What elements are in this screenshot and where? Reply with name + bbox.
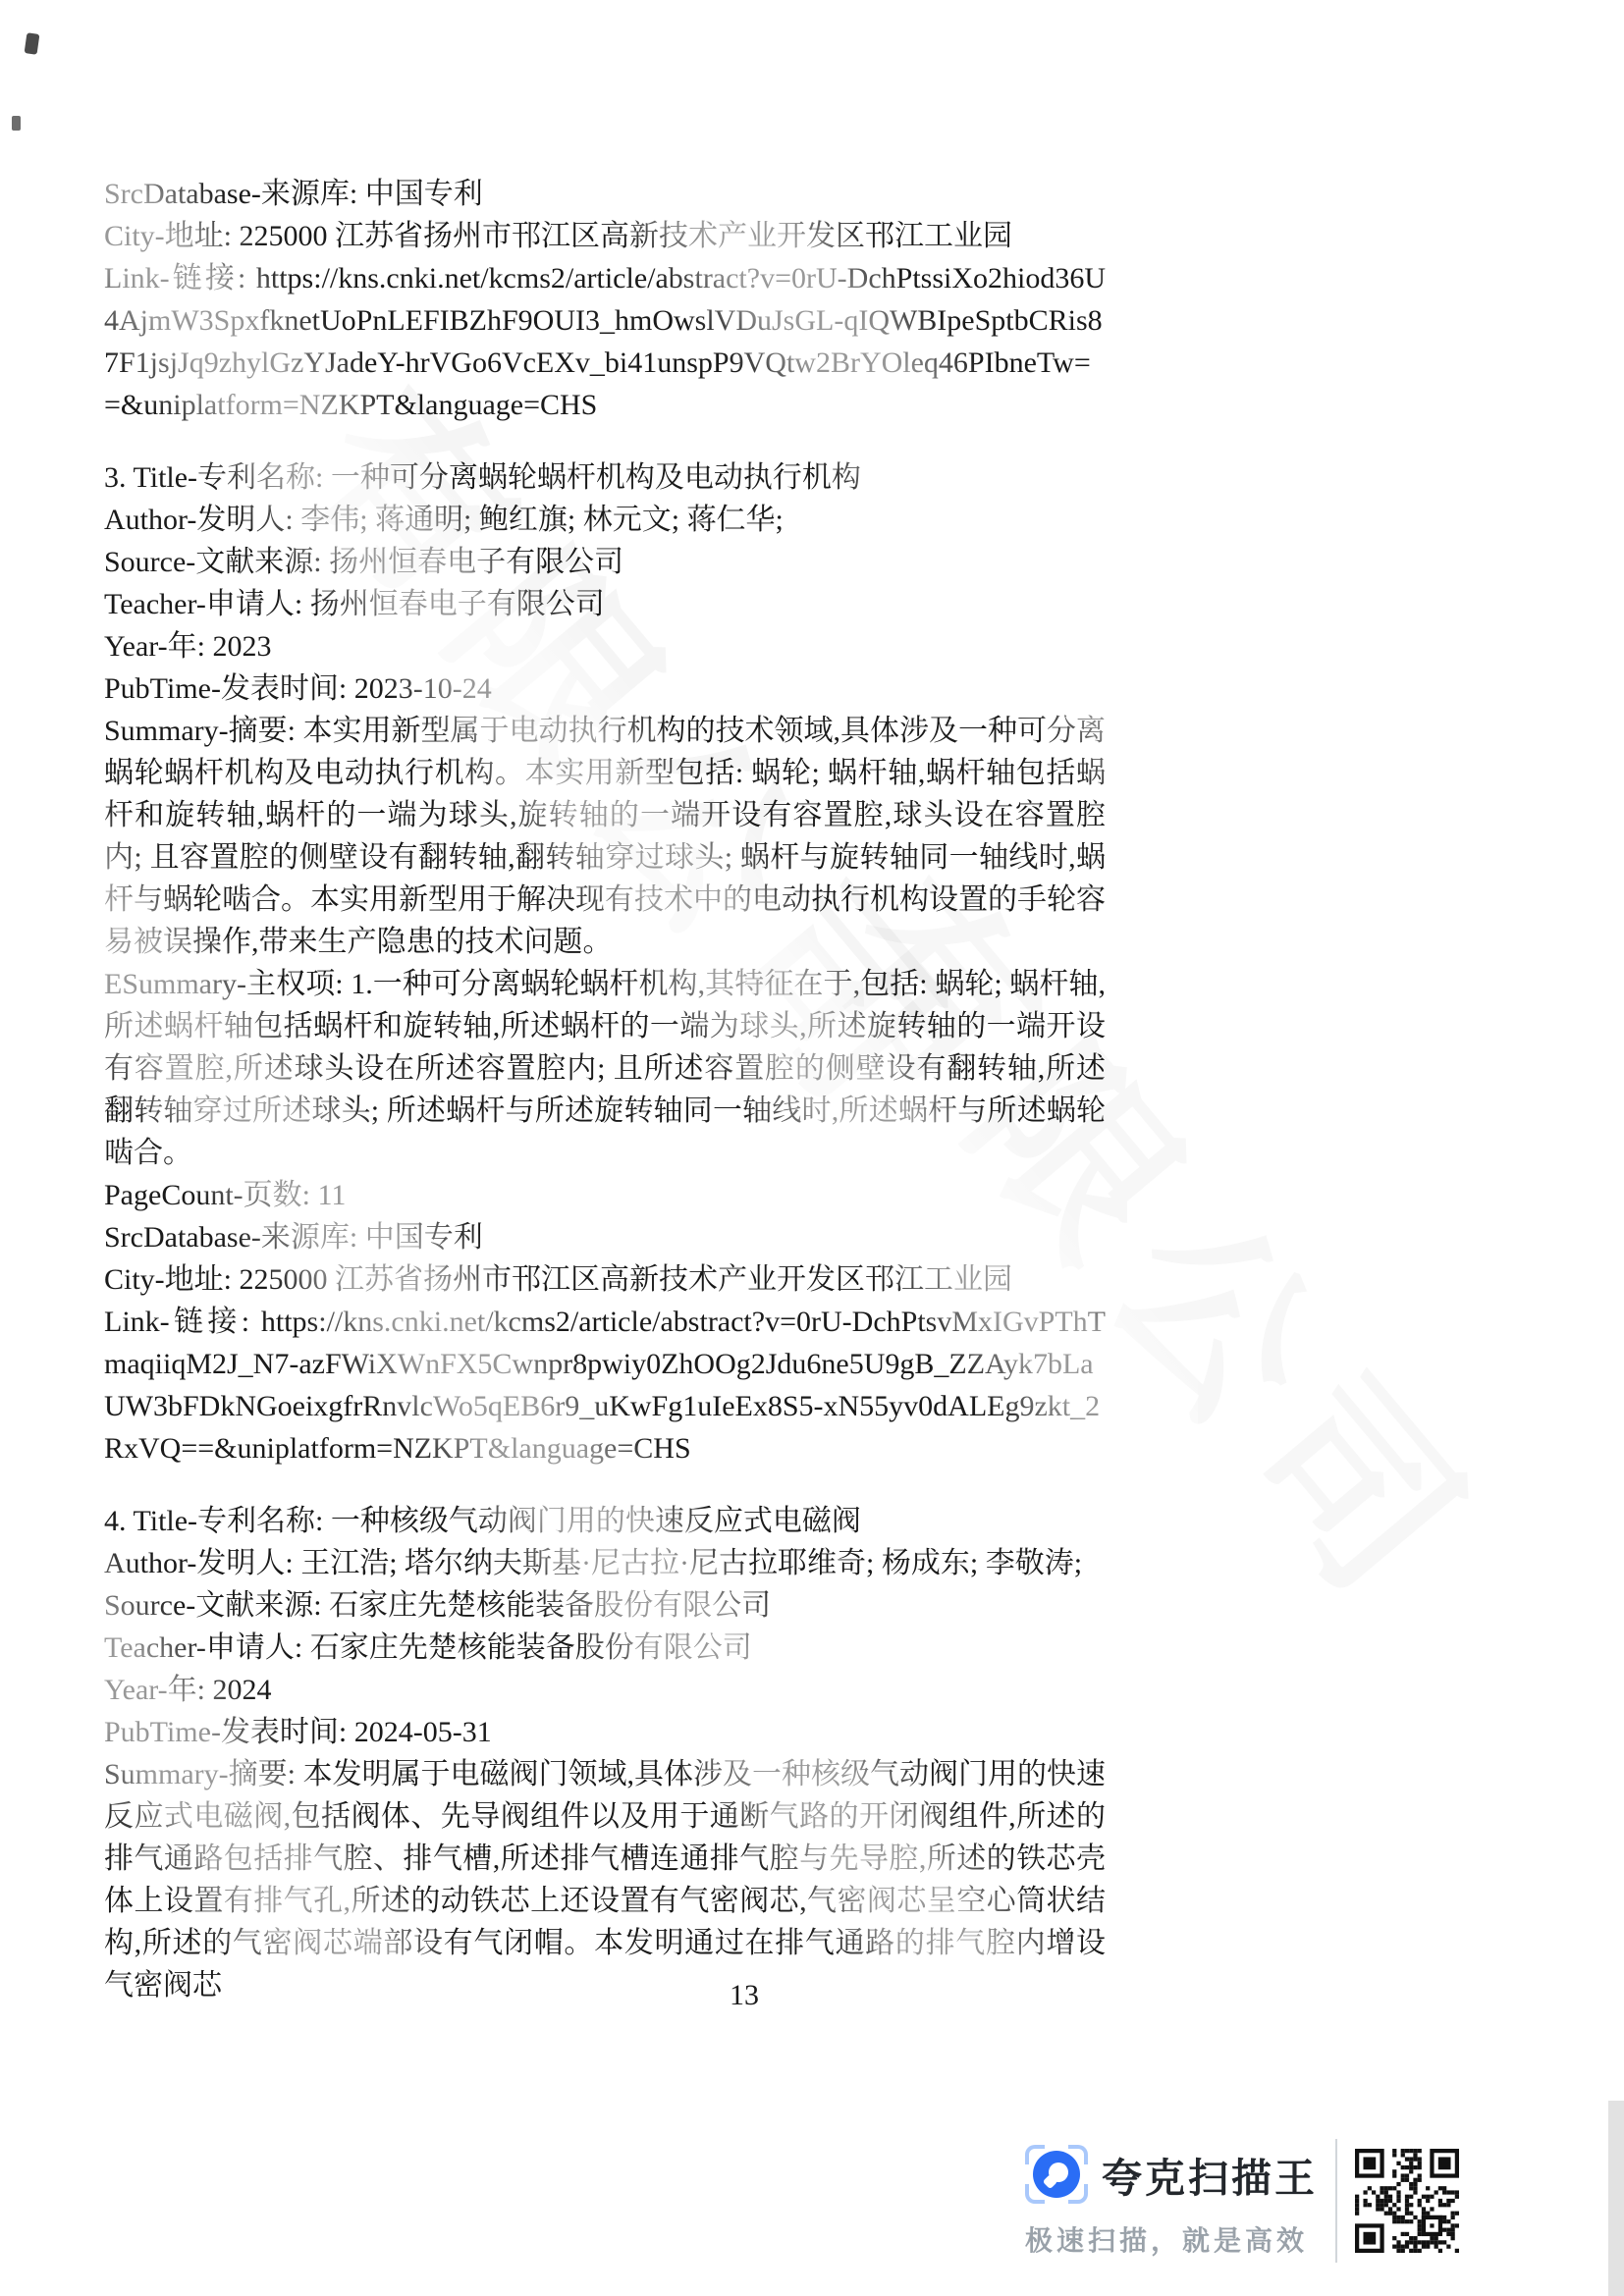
brand-slogan: 极速扫描，就是高效: [1025, 2219, 1308, 2259]
scan-speck: [12, 116, 21, 131]
brand-name: 夸克扫描王: [1102, 2146, 1318, 2204]
qr-code: [1355, 2149, 1459, 2253]
record4-year: Year-年: 2024: [104, 1669, 1106, 1711]
field-src-database: SrcDatabase-来源库: 中国专利: [104, 173, 1106, 215]
record-2-tail: SrcDatabase-来源库: 中国专利 City-地址: 225000 江苏…: [104, 173, 1106, 426]
record4-pubtime: PubTime-发表时间: 2024-05-31: [104, 1711, 1106, 1753]
scan-edge-shadow: [1608, 2101, 1624, 2296]
record4-author: Author-发明人: 王江浩; 塔尔纳夫斯基·尼古拉·尼古拉耶维奇; 杨成东;…: [104, 1542, 1106, 1584]
page-number: 13: [690, 1979, 798, 2012]
record3-source: Source-文献来源: 扬州恒春电子有限公司: [104, 541, 1106, 583]
record3-summary: Summary-摘要: 本实用新型属于电动执行机构的技术领域,具体涉及一种可分离…: [104, 710, 1106, 963]
record3-pubtime: PubTime-发表时间: 2023-10-24: [104, 667, 1106, 710]
quark-scan-icon: [1025, 2143, 1088, 2206]
record3-esummary: ESummary-主权项: 1.一种可分离蜗轮蜗杆机构,其特征在于,包括: 蜗轮…: [104, 963, 1106, 1174]
record3-page-count: PageCount-页数: 11: [104, 1174, 1106, 1216]
divider: [1335, 2139, 1337, 2263]
record-4: 4. Title-专利名称: 一种核级气动阀门用的快速反应式电磁阀 Author…: [104, 1500, 1106, 2006]
brand-block: 夸克扫描王 极速扫描，就是高效: [1025, 2143, 1318, 2259]
record4-source: Source-文献来源: 石家庄先楚核能装备股份有限公司: [104, 1584, 1106, 1627]
field-city: City-地址: 225000 江苏省扬州市邗江区高新技术产业开发区邗江工业园: [104, 215, 1106, 257]
record3-link: Link-链接: https://kns.cnki.net/kcms2/arti…: [104, 1301, 1106, 1469]
record3-author: Author-发明人: 李伟; 蒋通明; 鲍红旗; 林元文; 蒋仁华;: [104, 499, 1106, 541]
record3-title: 3. Title-专利名称: 一种可分离蜗轮蜗杆机构及电动执行机构: [104, 456, 1106, 499]
scanned-page: 有限公司 有限公司 SrcDatabase-来源库: 中国专利 City-地址:…: [0, 0, 1624, 2296]
field-link: Link-链接: https://kns.cnki.net/kcms2/arti…: [104, 257, 1106, 426]
record-3: 3. Title-专利名称: 一种可分离蜗轮蜗杆机构及电动执行机构 Author…: [104, 456, 1106, 1469]
record3-src-database: SrcDatabase-来源库: 中国专利: [104, 1216, 1106, 1258]
record3-year: Year-年: 2023: [104, 625, 1106, 667]
record4-summary: Summary-摘要: 本发明属于电磁阀门领域,具体涉及一种核级气动阀门用的快速…: [104, 1753, 1106, 2006]
record3-city: City-地址: 225000 江苏省扬州市邗江区高新技术产业开发区邗江工业园: [104, 1258, 1106, 1301]
scanner-branding: 夸克扫描王 极速扫描，就是高效: [1025, 2122, 1459, 2279]
document-content: SrcDatabase-来源库: 中国专利 City-地址: 225000 江苏…: [104, 173, 1106, 2006]
record4-teacher: Teacher-申请人: 石家庄先楚核能装备股份有限公司: [104, 1627, 1106, 1669]
record4-title: 4. Title-专利名称: 一种核级气动阀门用的快速反应式电磁阀: [104, 1500, 1106, 1542]
record3-teacher: Teacher-申请人: 扬州恒春电子有限公司: [104, 583, 1106, 625]
scan-speck: [25, 32, 40, 55]
